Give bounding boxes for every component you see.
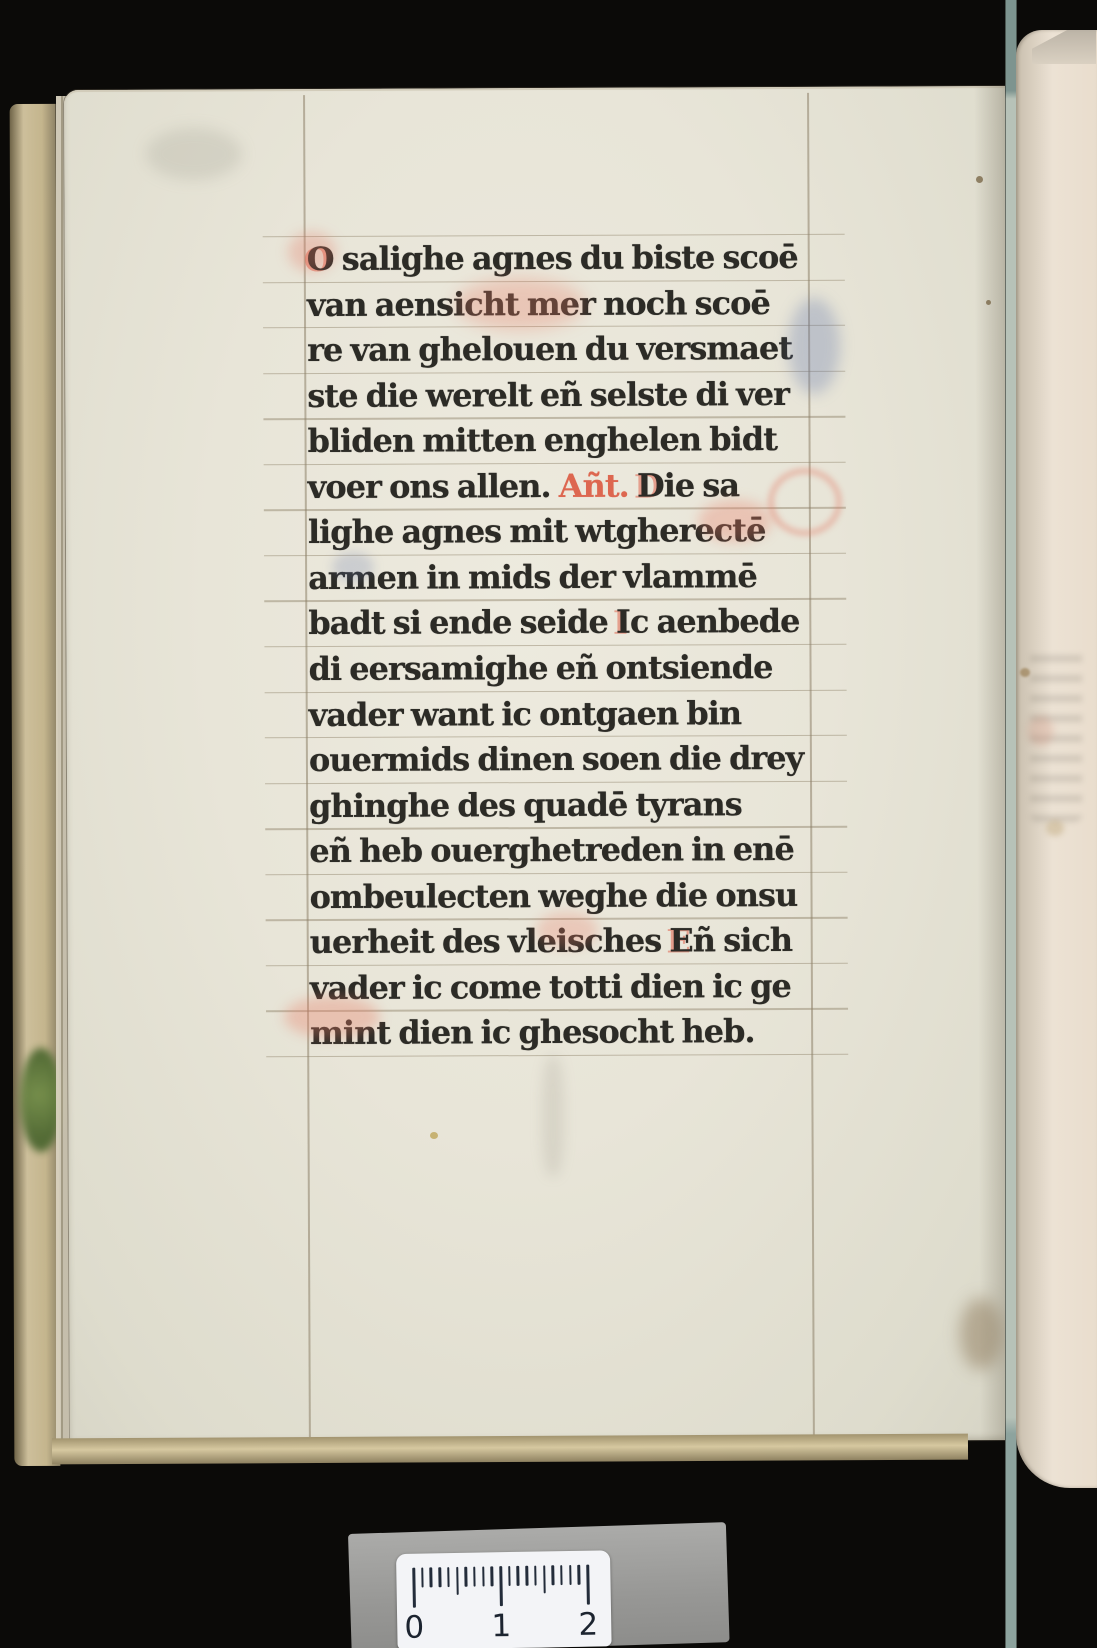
manuscript-text-line: ombeulecten weghe die onsu [309, 876, 797, 916]
ruler-mm-tick [517, 1566, 520, 1586]
text-segment: bliden mitten enghelen bidt [307, 420, 777, 460]
ruler-mm-tick [464, 1567, 467, 1587]
facing-page-fold [1032, 30, 1096, 64]
ruler-mm-tick [578, 1565, 581, 1585]
text-segment: ste die werelt eñ selste di ver [307, 375, 789, 415]
ruler-mm-tick [430, 1567, 433, 1587]
red-touched-capital: I [616, 603, 630, 641]
text-segment: vader want ic ontgaen bin [309, 694, 742, 734]
ruler-cm-tick [412, 1568, 415, 1608]
text-segment: ombeulecten weghe die onsu [309, 876, 797, 916]
facing-page-fore-edge [1016, 30, 1097, 1488]
dirt-speck [976, 176, 983, 183]
text-segment: vader ic come totti dien ic ge [310, 967, 791, 1007]
text-segment: ouermids dinen soen die drey [309, 739, 803, 779]
text-block: O salighe agnes du biste scoēvan aensich… [64, 86, 1014, 1444]
manuscript-text-line: di eersamighe eñ ontsiende [308, 648, 772, 688]
manuscript-text-line: ouermids dinen soen die drey [309, 739, 803, 779]
manuscript-text-line: O salighe agnes du biste scoē [307, 238, 798, 278]
ruler: 0 1 2 [396, 1550, 612, 1648]
brown-stain [1020, 668, 1030, 677]
book-bottom-edge [52, 1434, 968, 1465]
text-segment: di eersamighe eñ ontsiende [308, 648, 772, 688]
rubric-antiphon-label: Añt. [559, 466, 629, 504]
ruler-number-0: 0 [404, 1610, 424, 1646]
ruler-mm-tick [525, 1566, 528, 1586]
photograph-of-manuscript-opening: O salighe agnes du biste scoēvan aensich… [0, 0, 1097, 1648]
manuscript-text-line: re van ghelouen du versmaet [307, 329, 792, 369]
ruler-mm-tick [491, 1566, 494, 1586]
ruler-number-2: 2 [578, 1606, 598, 1642]
text-segment: re van ghelouen du versmaet [307, 329, 792, 369]
dirt-speck [986, 300, 991, 305]
text-segment: ghinghe des quadē tyrans [309, 785, 742, 825]
text-segment: lighe agnes mit wtgherectē [308, 511, 766, 551]
text-segment: uerheit des vleisches [310, 922, 670, 962]
text-segment: badt si ende seide [308, 603, 616, 642]
red-touched-capital: D [637, 466, 664, 504]
ruler-mm-tick [508, 1566, 511, 1586]
manuscript-page-verso: O salighe agnes du biste scoēvan aensich… [64, 86, 1014, 1444]
text-segment: salighe agnes du biste scoē [334, 238, 798, 278]
brown-stain [1046, 820, 1064, 836]
pink-stain [1028, 716, 1054, 746]
ruler-mm-tick [473, 1567, 476, 1587]
text-segment: eñ heb ouerghetreden in enē [309, 830, 794, 870]
ruler-mm-tick [534, 1566, 537, 1586]
ruler-mm-tick [560, 1565, 563, 1585]
manuscript-text-line: ghinghe des quadē tyrans [309, 785, 742, 825]
manuscript-text-line: badt si ende seide Ic aenbede [308, 602, 799, 642]
ruler-numbers: 0 1 2 [397, 1606, 612, 1648]
text-segment: van aensicht mer noch scoē [307, 284, 770, 324]
ruler-number-1: 1 [491, 1608, 511, 1644]
red-touched-capital: E [669, 922, 693, 960]
ruler-mm-tick [456, 1567, 459, 1595]
text-segment: voer ons allen. [308, 467, 559, 506]
manuscript-text-line: lighe agnes mit wtgherectē [308, 511, 766, 551]
manuscript-text-line: vader want ic ontgaen bin [309, 694, 742, 734]
ruler-mm-tick [569, 1565, 572, 1585]
ruler-mm-tick [447, 1567, 450, 1587]
ruler-mm-tick [421, 1568, 424, 1588]
red-touched-capital: O [307, 240, 334, 278]
ruler-cm-tick [499, 1566, 502, 1606]
ruler-mm-tick [551, 1565, 554, 1585]
text-segment: armen in mids der vlammē [308, 557, 757, 597]
manuscript-text-line: eñ heb ouerghetreden in enē [309, 830, 794, 870]
manuscript-text-line: vader ic come totti dien ic ge [310, 967, 791, 1007]
manuscript-text-line: mint dien ic ghesocht heb. [310, 1012, 755, 1052]
manuscript-text-line: voer ons allen. Añt. Die sa [308, 466, 739, 506]
text-segment: ie sa [664, 466, 740, 504]
ruler-mm-tick [482, 1566, 485, 1586]
ruler-cm-tick [586, 1565, 589, 1605]
ruler-mm-tick [543, 1565, 546, 1593]
manuscript-text-line: ste die werelt eñ selste di ver [307, 375, 789, 415]
text-segment: mint dien ic ghesocht heb. [310, 1012, 755, 1052]
manuscript-text-line: van aensicht mer noch scoē [307, 284, 770, 324]
ruler-mm-tick [438, 1567, 441, 1587]
wax-speck [430, 1132, 438, 1139]
manuscript-text-line: uerheit des vleisches Eñ sich [310, 921, 793, 961]
manuscript-text-line: armen in mids der vlammē [308, 557, 757, 597]
text-segment: c aenbede [630, 602, 800, 641]
text-segment: ñ sich [693, 921, 792, 959]
manuscript-text-line: bliden mitten enghelen bidt [307, 420, 777, 460]
book-cover-edge [10, 104, 61, 1466]
